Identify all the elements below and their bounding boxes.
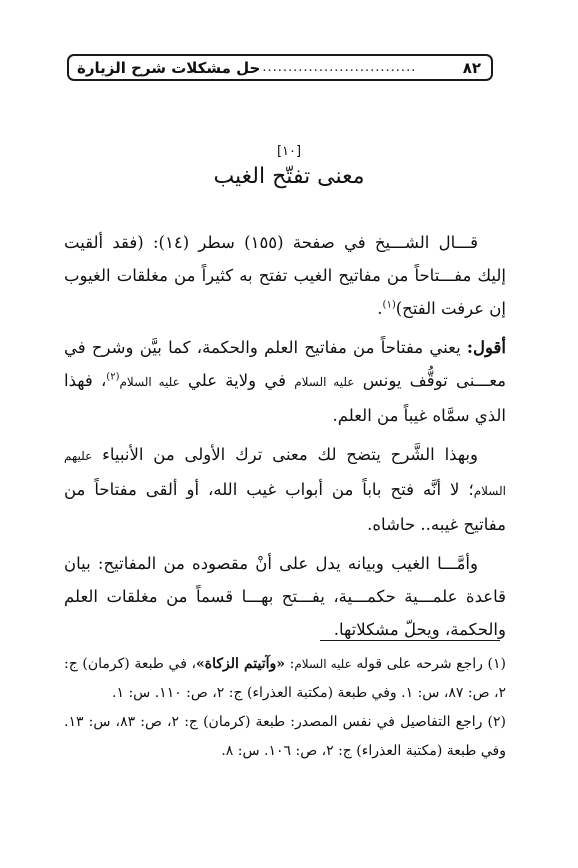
honorific-glyph-icon: عليه السلام	[294, 657, 351, 671]
footnote-text: راجع التفاصيل في نفس المصدر: طبعة (كرمان…	[64, 714, 506, 759]
footnotes: (١) راجع شرحه على قوله عليه السلام: «وآت…	[64, 650, 506, 766]
honorific-glyph-icon: عليه السلام	[294, 375, 354, 389]
section-title: معنى تفتّح الغيب	[0, 164, 578, 189]
lead-word: أقول:	[467, 338, 506, 357]
footnote-ref-1[interactable]: (١)	[383, 300, 396, 311]
running-header: ٨٢ .............................. حل مشك…	[67, 54, 493, 81]
book-page: ٨٢ .............................. حل مشك…	[0, 0, 578, 868]
footnote-separator	[320, 640, 500, 641]
paragraph-3: وبهذا الشَّرح يتضح لك معنى ترك الأولى من…	[64, 438, 506, 541]
footnote-quote: «وآتيتم الزكاة»	[196, 656, 285, 672]
paragraph-text: وأمَّـــا الغيب وبيانه يدل على أنْ مقصود…	[64, 554, 506, 639]
footnote-number: (٢)	[488, 714, 506, 730]
page-number: ٨٢	[463, 59, 481, 77]
paragraph-text: وبهذا الشَّرح يتضح لك معنى ترك الأولى من…	[92, 445, 478, 464]
footnote-number: (١)	[488, 656, 506, 672]
footnote-1: (١) راجع شرحه على قوله عليه السلام: «وآت…	[64, 650, 506, 708]
paragraph-text: في ولاية علي	[180, 371, 294, 390]
header-leader-dots: ..............................	[262, 60, 460, 75]
honorific-glyph-icon: عليه السلام	[119, 375, 179, 389]
footnote-text: راجع شرحه على قوله	[352, 656, 488, 672]
paragraph-1: قـــال الشـــيخ في صفحة (١٥٥) سطر (١٤): …	[64, 226, 506, 325]
paragraph-2: أقول: يعني مفتاحاً من مفاتيح العلم والحك…	[64, 331, 506, 432]
book-title: حل مشكلات شرح الزيارة	[77, 59, 260, 77]
footnote-text: :	[285, 656, 294, 672]
footnote-ref-2[interactable]: (٢)	[106, 372, 119, 383]
section-number: [١٠]	[0, 144, 578, 159]
body-text: قـــال الشـــيخ في صفحة (١٥٥) سطر (١٤): …	[64, 226, 506, 652]
paragraph-text: ؛ لا أنَّه فتح باباً من أبواب غيب الله، …	[64, 480, 506, 534]
footnote-2: (٢) راجع التفاصيل في نفس المصدر: طبعة (ك…	[64, 708, 506, 766]
paragraph-4: وأمَّـــا الغيب وبيانه يدل على أنْ مقصود…	[64, 547, 506, 646]
paragraph-text: قـــال الشـــيخ في صفحة (١٥٥) سطر (١٤): …	[64, 233, 506, 318]
